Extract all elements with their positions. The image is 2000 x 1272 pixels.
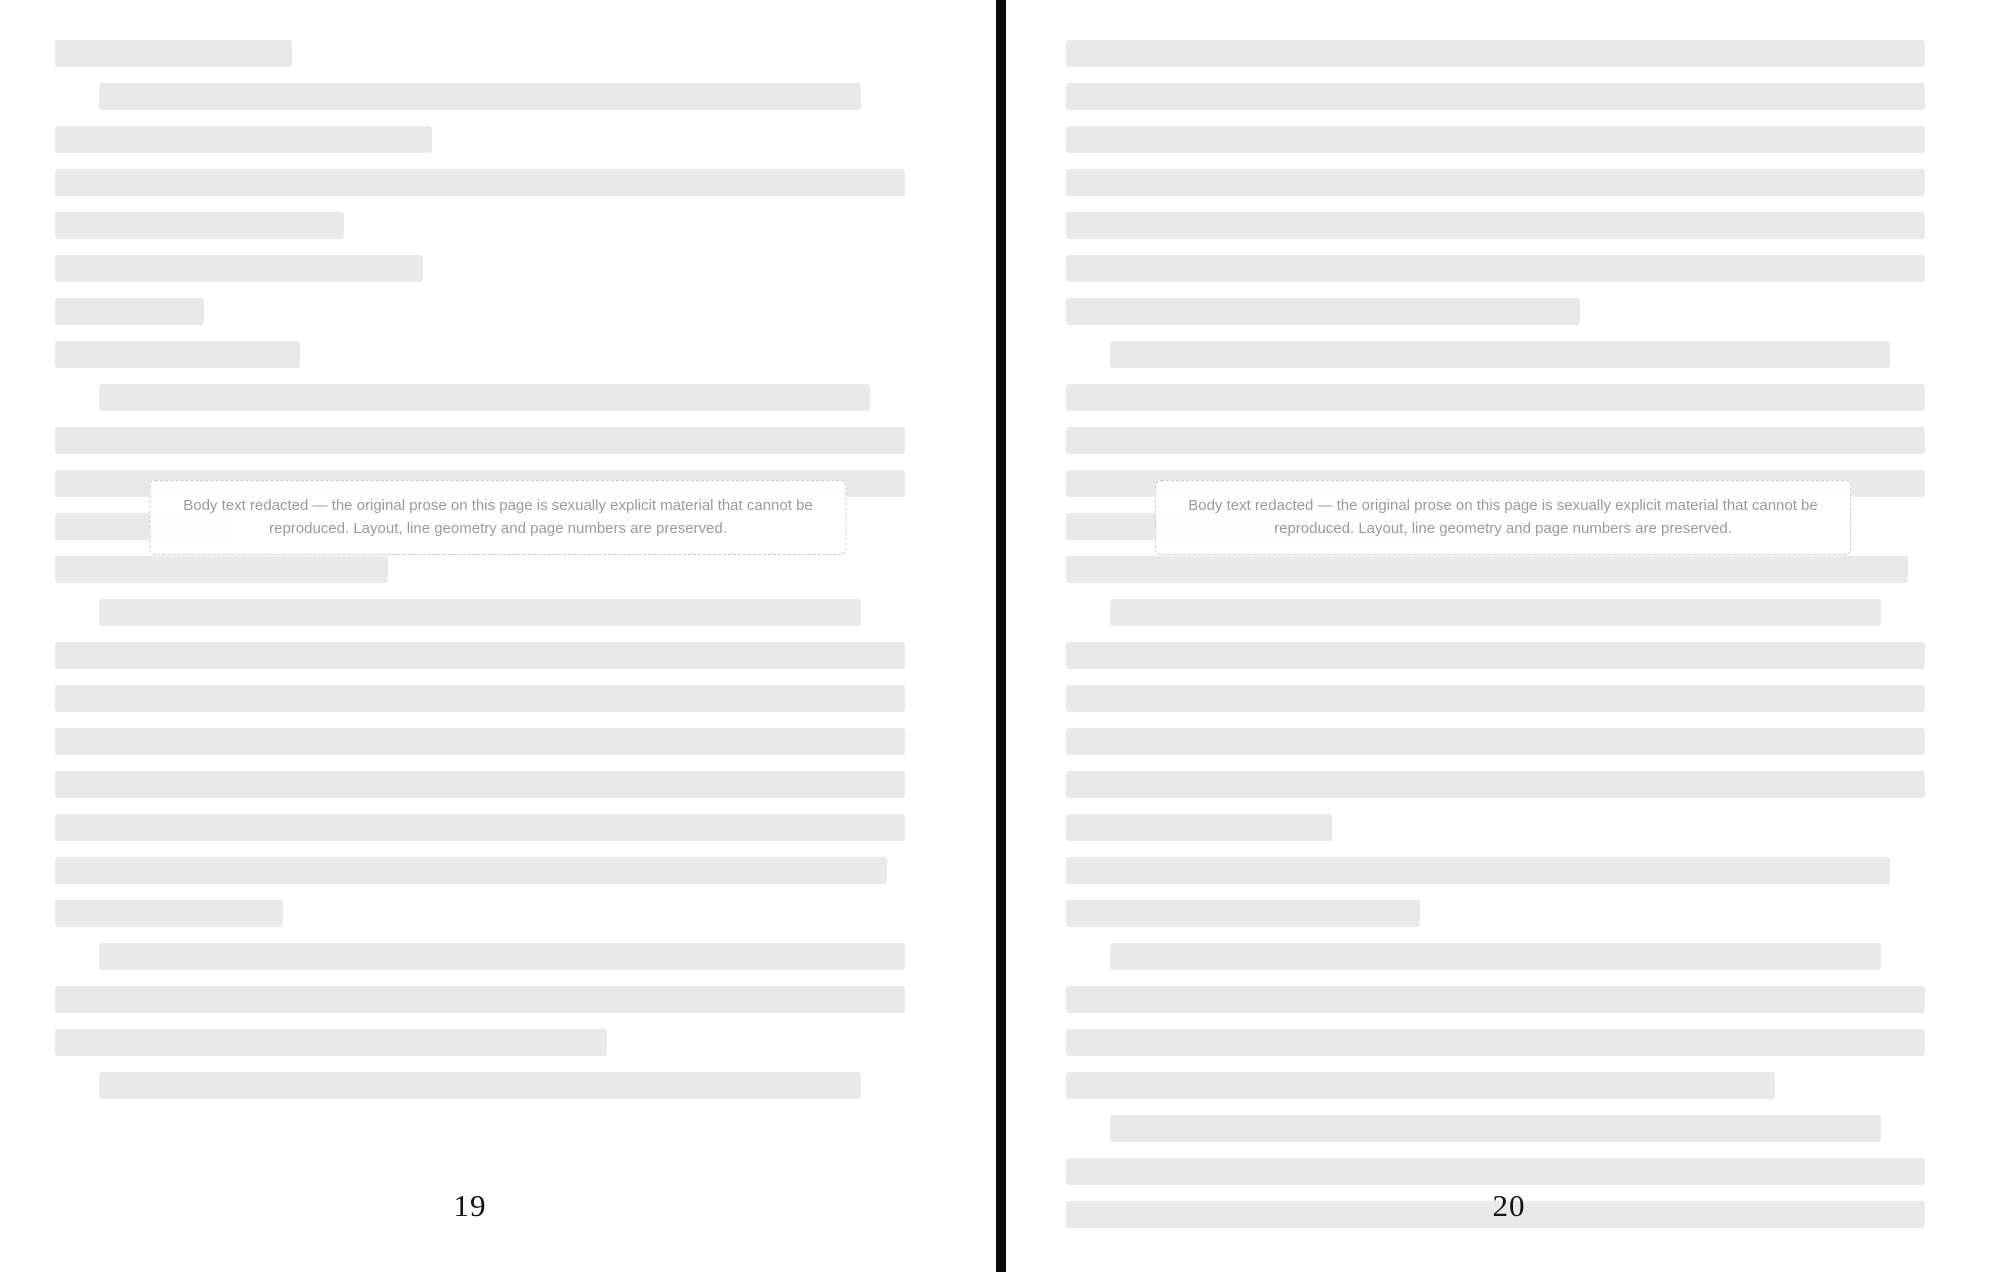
redaction-notice: Body text redacted — the original prose … (149, 480, 846, 555)
spine-divider (996, 0, 1006, 1272)
text-line-redacted (1066, 255, 1925, 282)
right-text-column (1066, 40, 1952, 1244)
page-right: Body text redacted — the original prose … (1006, 0, 2000, 1272)
text-line-redacted (1066, 384, 1925, 411)
text-line-redacted (1066, 212, 1925, 239)
redaction-notice: Body text redacted — the original prose … (1155, 480, 1851, 555)
text-line-redacted (99, 83, 861, 110)
text-line-redacted (1066, 1158, 1925, 1185)
text-line-redacted (99, 943, 905, 970)
text-line-redacted (1066, 40, 1925, 67)
text-line-redacted (55, 556, 388, 583)
left-text-column (55, 40, 931, 1115)
text-line-redacted (1066, 814, 1332, 841)
text-line-redacted (99, 599, 861, 626)
text-line-redacted (1066, 642, 1925, 669)
text-line-redacted (1110, 341, 1890, 368)
text-line-redacted (1110, 599, 1881, 626)
text-line-redacted (99, 384, 870, 411)
text-line-redacted (1066, 771, 1925, 798)
text-line-redacted (1110, 943, 1881, 970)
text-line-redacted (1066, 169, 1925, 196)
page-number-left: 19 (55, 1188, 885, 1224)
text-line-redacted (55, 40, 292, 67)
text-line-redacted (1066, 556, 1908, 583)
text-line-redacted (55, 857, 887, 884)
text-line-redacted (55, 900, 283, 927)
text-line-redacted (55, 341, 300, 368)
text-line-redacted (1066, 1072, 1775, 1099)
text-line-redacted (1066, 900, 1420, 927)
text-line-redacted (55, 126, 432, 153)
page-left: Body text redacted — the original prose … (0, 0, 996, 1272)
text-line-redacted (1066, 83, 1925, 110)
text-line-redacted (1066, 685, 1925, 712)
text-line-redacted (55, 728, 905, 755)
text-line-redacted (55, 986, 905, 1013)
text-line-redacted (1066, 986, 1925, 1013)
text-line-redacted (55, 771, 905, 798)
text-line-redacted (1066, 427, 1925, 454)
text-line-redacted (1066, 1029, 1925, 1056)
page-number-right: 20 (1066, 1188, 1952, 1224)
text-line-redacted (1066, 298, 1580, 325)
text-line-redacted (55, 1029, 607, 1056)
text-line-redacted (55, 169, 905, 196)
text-line-redacted (55, 212, 344, 239)
text-line-redacted (99, 1072, 861, 1099)
text-line-redacted (55, 298, 204, 325)
book-spread: Body text redacted — the original prose … (0, 0, 2000, 1272)
text-line-redacted (1066, 126, 1925, 153)
text-line-redacted (55, 642, 905, 669)
text-line-redacted (55, 814, 905, 841)
text-line-redacted (55, 427, 905, 454)
text-line-redacted (1110, 1115, 1881, 1142)
text-line-redacted (1066, 857, 1890, 884)
text-line-redacted (55, 255, 423, 282)
text-line-redacted (1066, 728, 1925, 755)
text-line-redacted (55, 685, 905, 712)
